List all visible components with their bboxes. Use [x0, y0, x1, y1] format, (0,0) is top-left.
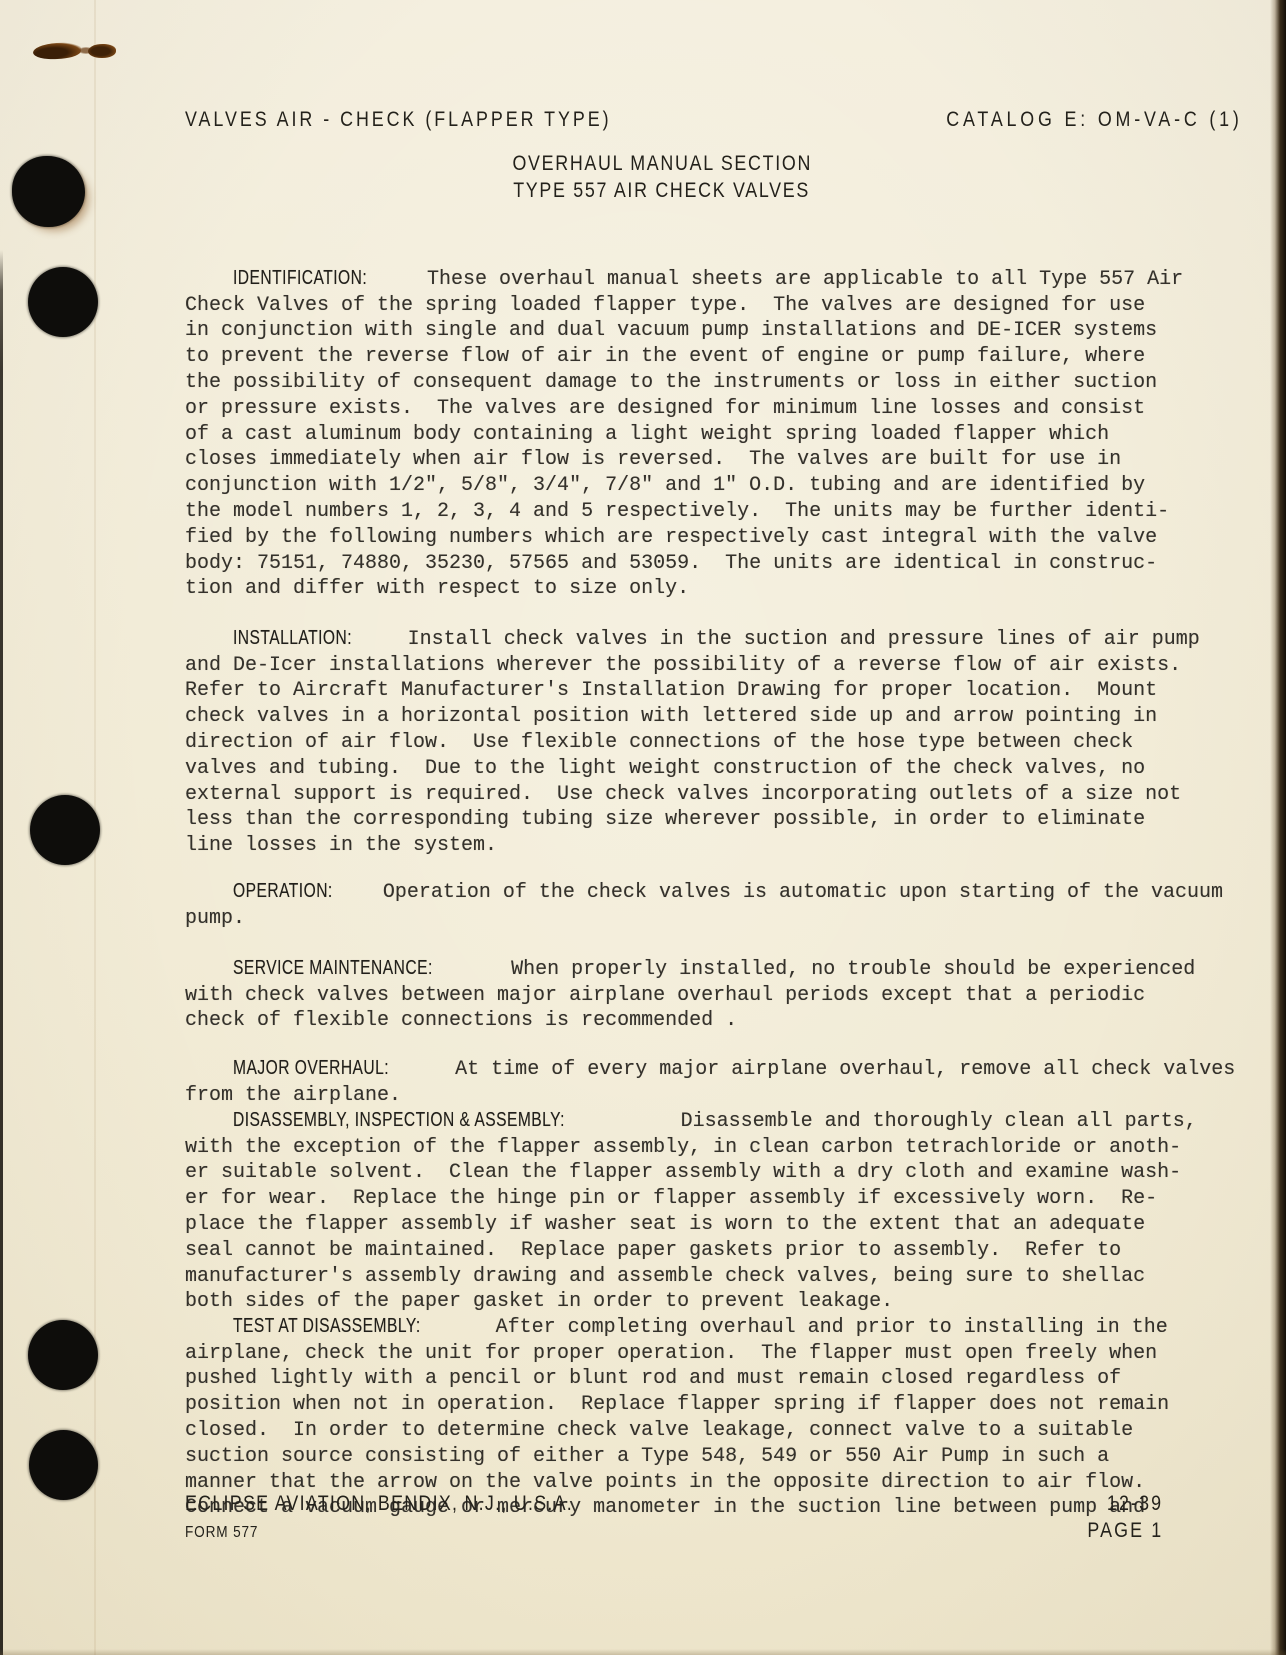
scanned-manual-page: VALVES AIR - CHECK (FLAPPER TYPE) CATALO… [0, 0, 1286, 1655]
ink-smudge [88, 44, 116, 58]
section-body: After completing overhaul and prior to i… [185, 1316, 1169, 1520]
section-body: Disassemble and thoroughly clean all par… [185, 1110, 1197, 1314]
section-label: MAJOR OVERHAUL: [233, 1056, 389, 1082]
ink-smudge [33, 41, 82, 60]
section-body: Install check valves in the suction and … [185, 628, 1200, 857]
punch-hole [30, 795, 100, 865]
section-label: INSTALLATION: [233, 626, 352, 652]
catalog-reference-text: CATALOG E: OM-VA-C (1) [947, 108, 1243, 132]
document-subject-text: VALVES AIR - CHECK (FLAPPER TYPE) [185, 108, 612, 132]
section-body: These overhaul manual sheets are applica… [185, 268, 1183, 601]
section-body: Operation of the check valves is automat… [185, 881, 1223, 930]
section-installation: INSTALLATION: Install check valves in th… [185, 600, 1277, 885]
section-label: IDENTIFICATION: [233, 266, 367, 292]
section-label: SERVICE MAINTENANCE: [233, 956, 433, 982]
scan-edge-bottom [0, 1649, 1286, 1655]
punch-hole [29, 1430, 98, 1500]
page-title-line1: OVERHAUL MANUAL SECTION [0, 152, 1286, 176]
page-number: PAGE 1 [1074, 1519, 1163, 1543]
section-label: DISASSEMBLY, INSPECTION & ASSEMBLY: [233, 1108, 565, 1134]
date-code: 12-39 [1097, 1492, 1163, 1516]
form-number: FORM 577 [185, 1524, 271, 1542]
publisher-line: ECLIPSE AVIATION, BENDIX, N.J., U.S.A. [185, 1492, 642, 1516]
section-label: OPERATION: [233, 879, 333, 905]
punch-hole [28, 1320, 98, 1390]
scan-edge-right [1270, 0, 1286, 1655]
document-subject-header: VALVES AIR - CHECK (FLAPPER TYPE) [185, 108, 687, 132]
page-title-line2: TYPE 557 AIR CHECK VALVES [0, 179, 1286, 203]
scan-edge-left [0, 250, 3, 1655]
punch-hole [28, 267, 98, 337]
section-label: TEST AT DISASSEMBLY: [233, 1314, 421, 1340]
catalog-reference: CATALOG E: OM-VA-C (1) [894, 108, 1243, 132]
section-identification: IDENTIFICATION: These overhaul manual sh… [185, 240, 1277, 628]
